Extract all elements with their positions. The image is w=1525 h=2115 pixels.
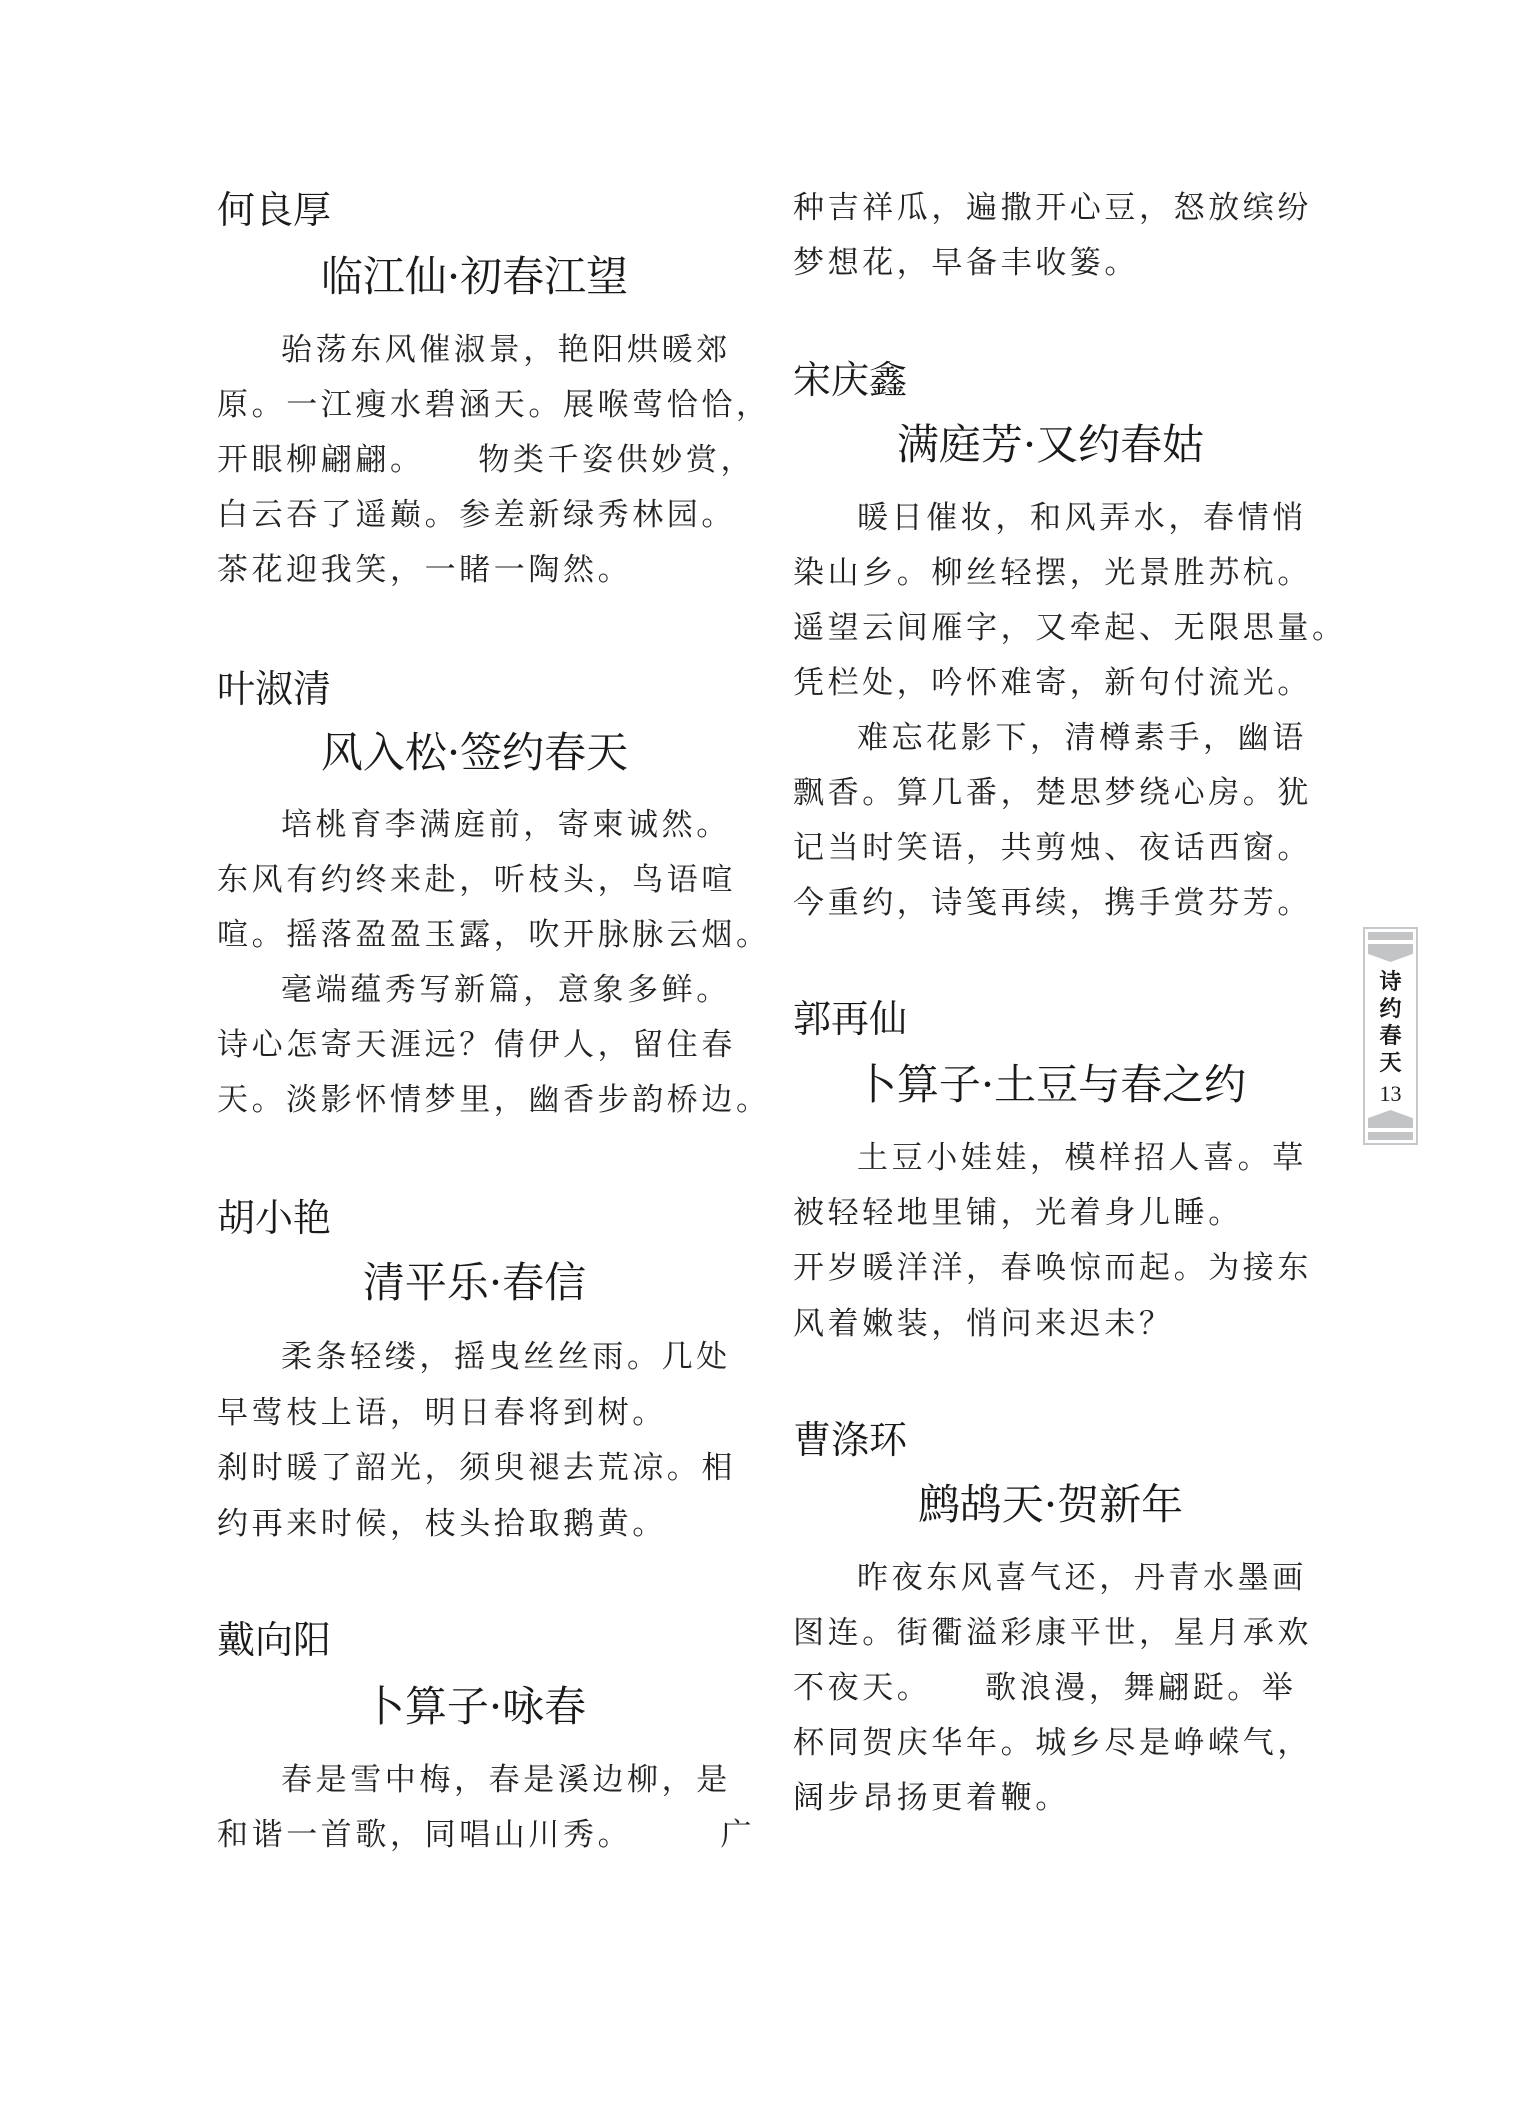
poem-author: 戴向阳	[217, 1618, 331, 1662]
poem-title: 卜算子·咏春	[217, 1682, 732, 1732]
book-title-char: 诗	[1365, 969, 1416, 996]
poem-line-continuation: 梦想花，早备丰收篓。	[793, 245, 1308, 281]
poem-line: 飘香。算几番，楚思梦绕心房。犹	[793, 775, 1308, 811]
poem-line: 早莺枝上语，明日春将到树。	[217, 1395, 732, 1431]
poem-line: 昨夜东风喜气还，丹青水墨画	[793, 1560, 1308, 1596]
poem-line: 不夜天。 歌浪漫，舞翩跹。举	[793, 1670, 1308, 1706]
book-title-char: 天	[1365, 1050, 1416, 1077]
poem-author: 宋庆鑫	[793, 358, 907, 402]
poem-line: 遥望云间雁字，又牵起、无限思量。	[793, 610, 1308, 646]
poem-line: 凭栏处，吟怀难寄，新句付流光。	[793, 665, 1308, 701]
book-title-char: 约	[1365, 996, 1416, 1023]
page-number: 13	[1365, 1081, 1416, 1107]
poem-author: 何良厚	[217, 188, 331, 232]
poem-line: 阔步昂扬更着鞭。	[793, 1780, 1308, 1816]
book-title-char: 春	[1365, 1023, 1416, 1050]
tab-top-bar	[1368, 932, 1413, 940]
poem-line: 约再来时候，枝头拾取鹅黄。	[217, 1506, 732, 1542]
poem-line: 难忘花影下，清樽素手，幽语	[793, 720, 1308, 756]
tab-chevron-top-icon	[1368, 944, 1413, 962]
poem-title: 清平乐·春信	[217, 1258, 732, 1308]
poem-line: 东风有约终来赴，听枝头，鸟语喧	[217, 862, 732, 898]
tab-chevron-bottom-icon	[1368, 1110, 1413, 1128]
poem-line: 今重约，诗笺再续，携手赏芬芳。	[793, 885, 1308, 921]
poem-line: 天。淡影怀情梦里，幽香步韵桥边。	[217, 1082, 732, 1118]
side-tab-page-marker: 诗 约 春 天 13	[1363, 927, 1418, 1145]
poem-line: 记当时笑语，共剪烛、夜话西窗。	[793, 830, 1308, 866]
poem-line: 毫端蕴秀写新篇，意象多鲜。	[217, 972, 732, 1008]
poem-line: 图连。街衢溢彩康平世，星月承欢	[793, 1615, 1308, 1651]
poem-author: 曹涤环	[793, 1418, 907, 1462]
poem-line: 骀荡东风催淑景，艳阳烘暖郊	[217, 332, 732, 368]
tab-bottom-bar	[1368, 1132, 1413, 1140]
poem-title: 风入松·签约春天	[217, 728, 732, 778]
poem-title: 满庭芳·又约春姑	[793, 420, 1308, 470]
poem-line: 刹时暖了韶光，须臾褪去荒凉。相	[217, 1450, 732, 1486]
poem-line: 开岁暖洋洋，春唤惊而起。为接东	[793, 1250, 1308, 1286]
poem-line-continuation: 种吉祥瓜，遍撒开心豆，怒放缤纷	[793, 190, 1308, 226]
poem-title: 临江仙·初春江望	[217, 252, 732, 302]
poem-line: 原。一江瘦水碧涵天。展喉莺恰恰，	[217, 387, 732, 423]
poem-title: 鹧鸪天·贺新年	[793, 1480, 1308, 1530]
poem-line: 柔条轻缕，摇曳丝丝雨。几处	[217, 1339, 732, 1375]
poem-author: 叶淑清	[217, 667, 331, 711]
poem-line: 被轻轻地里铺，光着身儿睡。	[793, 1195, 1308, 1231]
book-title-vertical: 诗 约 春 天	[1365, 969, 1416, 1077]
poem-line: 开眼柳翩翩。 物类千姿供妙赏，	[217, 442, 732, 478]
poem-line: 土豆小娃娃，模样招人喜。草	[793, 1140, 1308, 1176]
poem-line: 染山乡。柳丝轻摆，光景胜苏杭。	[793, 555, 1308, 591]
poem-line: 暖日催妆，和风弄水，春情悄	[793, 500, 1308, 536]
poem-line: 培桃育李满庭前，寄柬诚然。	[217, 807, 732, 843]
poem-line: 和谐一首歌，同唱山川秀。 广	[217, 1817, 732, 1853]
poem-line: 茶花迎我笑，一睹一陶然。	[217, 552, 732, 588]
poem-line: 诗心怎寄天涯远？倩伊人，留住春	[217, 1027, 732, 1063]
poem-author: 郭再仙	[793, 997, 907, 1041]
poem-line: 风着嫩装，悄问来迟未？	[793, 1306, 1308, 1342]
poem-author: 胡小艳	[217, 1196, 331, 1240]
poem-line: 白云吞了遥巅。参差新绿秀林园。	[217, 497, 732, 533]
poem-line: 喧。摇落盈盈玉露，吹开脉脉云烟。	[217, 917, 732, 953]
poem-title: 卜算子·土豆与春之约	[793, 1060, 1308, 1110]
poem-line: 春是雪中梅，春是溪边柳，是	[217, 1762, 732, 1798]
poem-line: 杯同贺庆华年。城乡尽是峥嵘气，	[793, 1725, 1308, 1761]
